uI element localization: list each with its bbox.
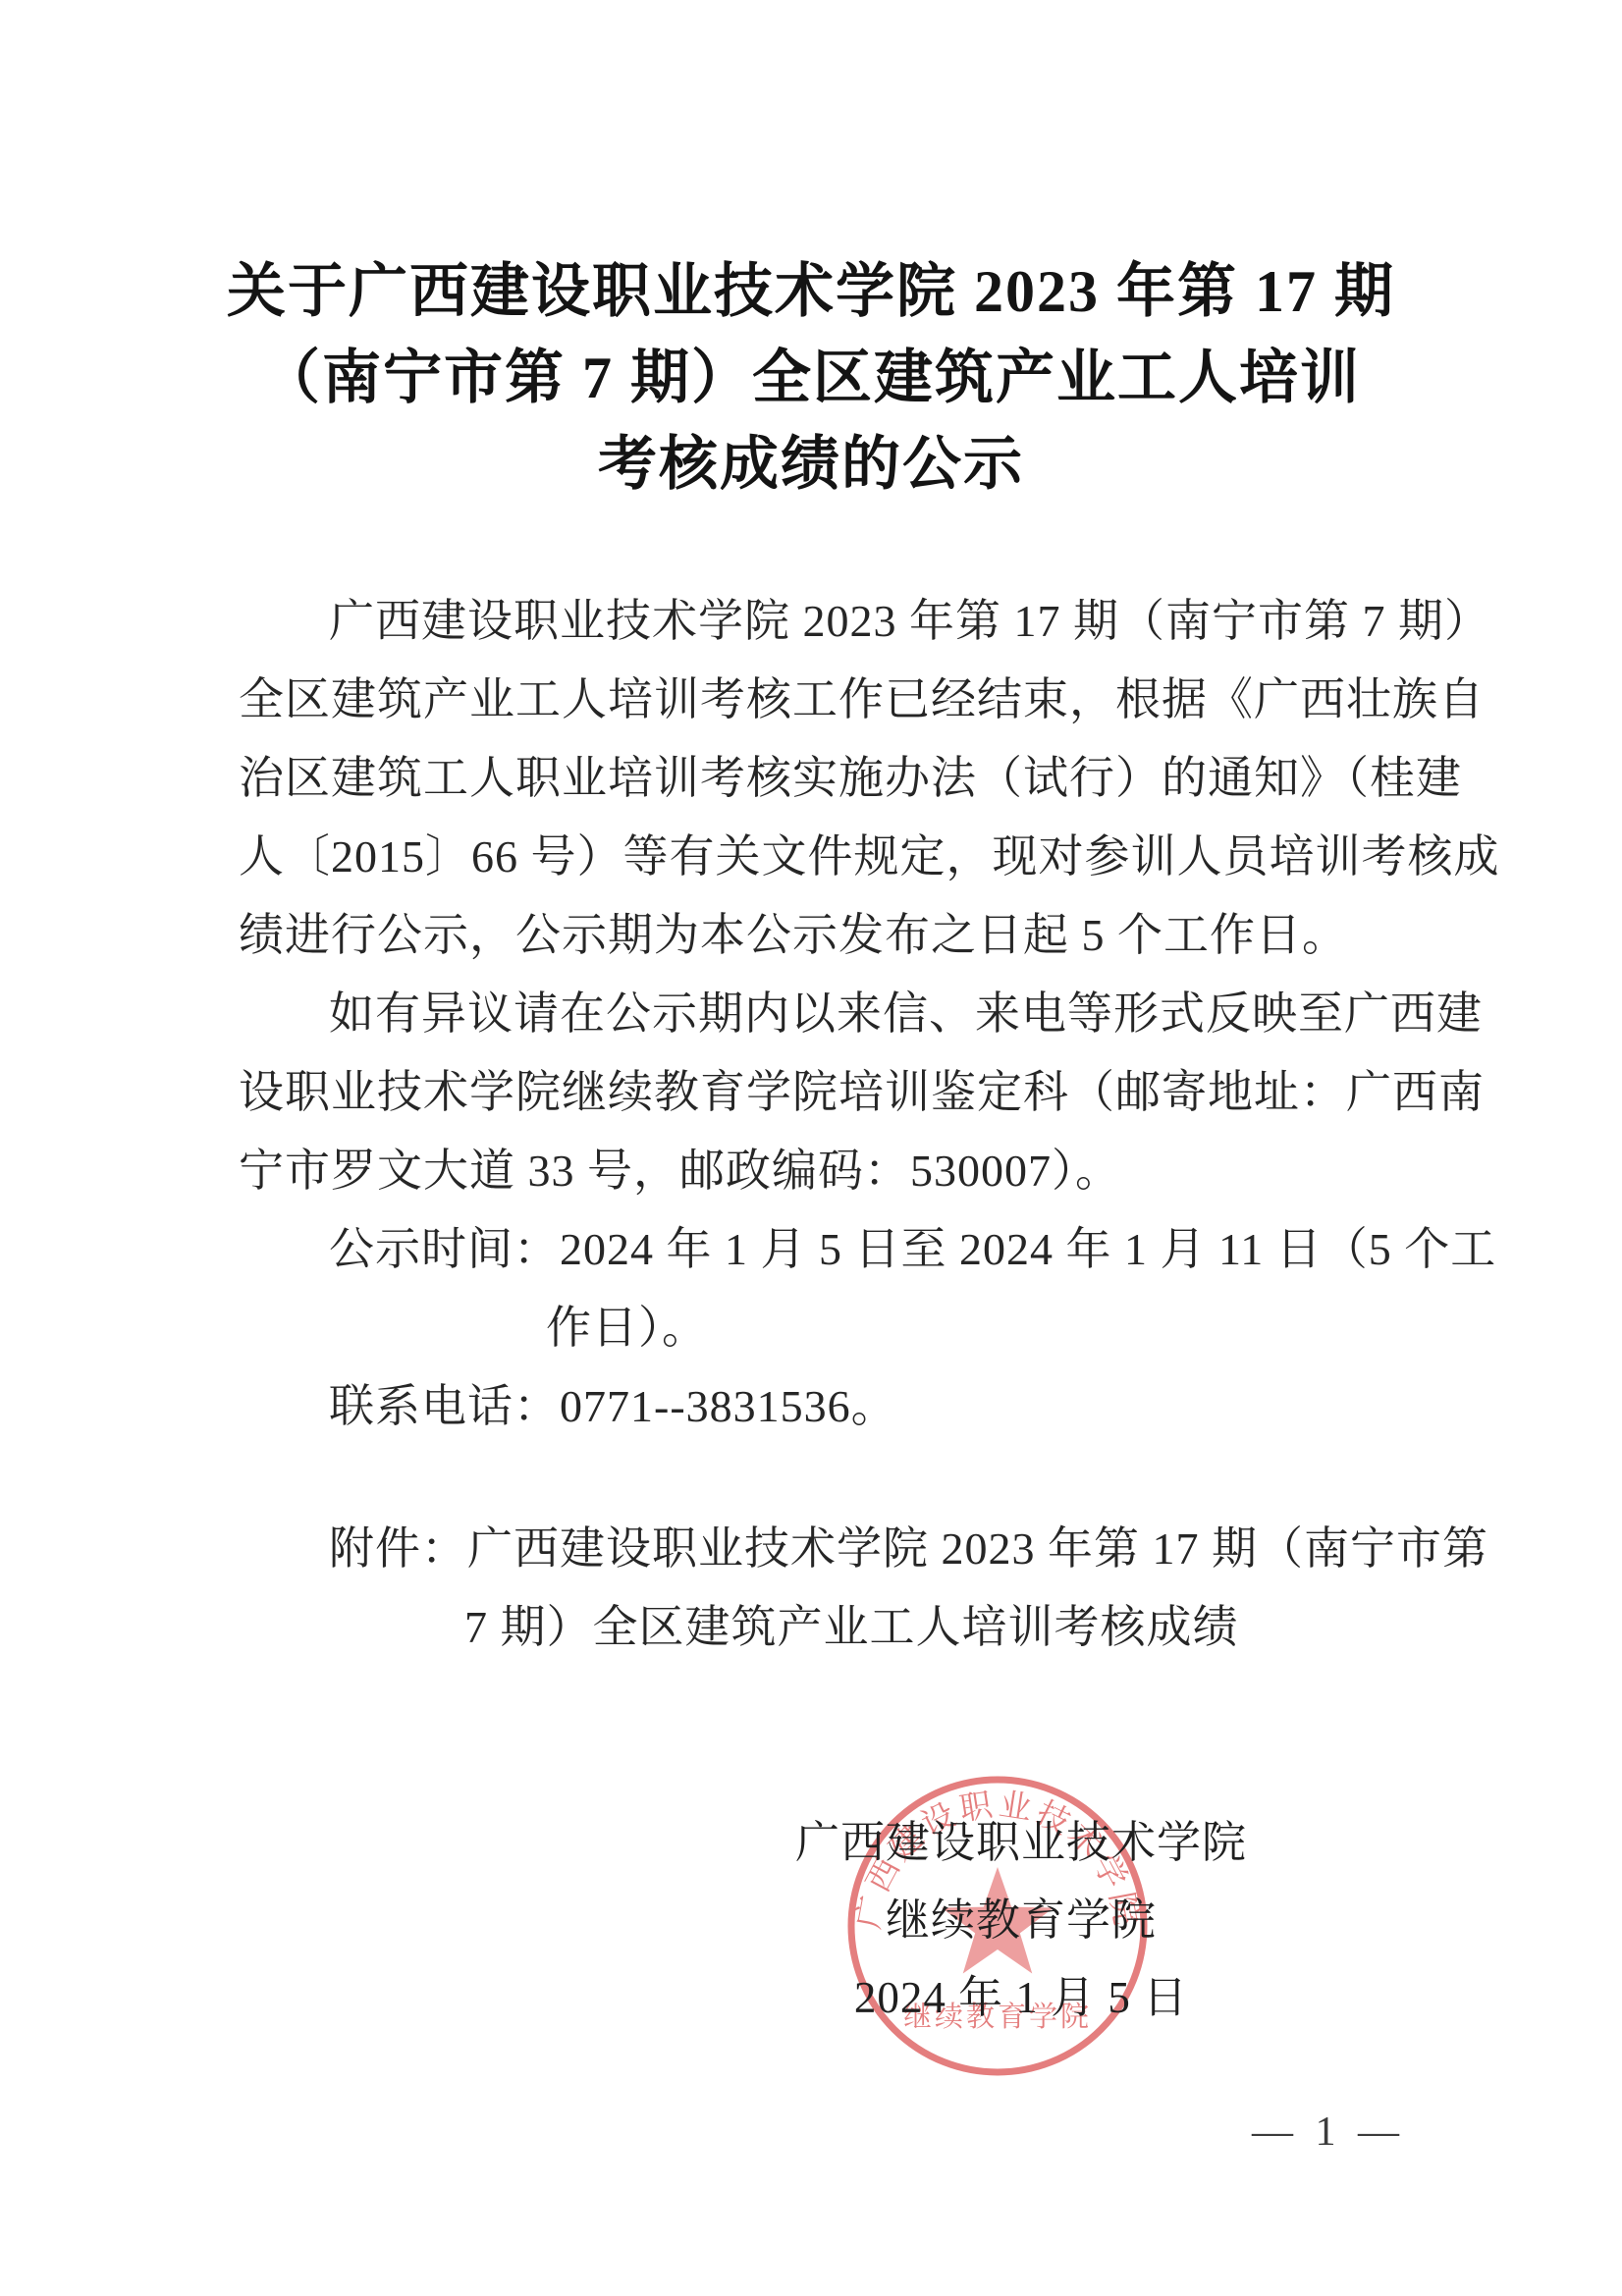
title-line-3: 考核成绩的公示	[0, 421, 1622, 507]
paragraph1-line: 全区建筑产业工人培训考核工作已经结束，根据《广西壮族自	[239, 661, 1467, 739]
page-title: 关于广西建设职业技术学院 2023 年第 17 期 （南宁市第 7 期）全区建筑…	[0, 0, 1622, 507]
signature-org-line2: 继续教育学院	[766, 1882, 1276, 1959]
signature-block: 广西建设职业技术学院 继续教育学院 2024 年 1 月 5 日	[766, 1804, 1276, 2037]
paragraph2-line: 宁市罗文大道 33 号，邮政编码：530007）。	[239, 1132, 1467, 1210]
paragraph1-line: 人〔2015〕66 号）等有关文件规定，现对参训人员培训考核成	[239, 818, 1467, 896]
document-page: 关于广西建设职业技术学院 2023 年第 17 期 （南宁市第 7 期）全区建筑…	[0, 0, 1622, 2296]
paragraph1-line: 广西建设职业技术学院 2023 年第 17 期（南宁市第 7 期）	[239, 582, 1467, 661]
attachment-line: 附件：广西建设职业技术学院 2023 年第 17 期（南宁市第	[239, 1510, 1467, 1588]
title-line-1: 关于广西建设职业技术学院 2023 年第 17 期	[0, 248, 1622, 335]
paragraph1-line: 绩进行公示，公示期为本公示发布之日起 5 个工作日。	[239, 896, 1467, 975]
publicity-period-line: 公示时间：2024 年 1 月 5 日至 2024 年 1 月 11 日（5 个…	[239, 1210, 1467, 1289]
contact-phone-line: 联系电话：0771--3831536。	[239, 1367, 1467, 1446]
title-line-2: （南宁市第 7 期）全区建筑产业工人培训	[0, 335, 1622, 421]
publicity-period-line: 作日）。	[239, 1289, 1467, 1367]
attachment-line: 7 期）全区建筑产业工人培训考核成绩	[239, 1588, 1467, 1667]
signature-date: 2024 年 1 月 5 日	[766, 1959, 1276, 2037]
paragraph2-line: 设职业技术学院继续教育学院培训鉴定科（邮寄地址：广西南	[239, 1053, 1467, 1132]
document-body: 广西建设职业技术学院 2023 年第 17 期（南宁市第 7 期） 全区建筑产业…	[239, 582, 1467, 1446]
page-number: — 1 —	[1245, 2109, 1412, 2156]
attachment-note: 附件：广西建设职业技术学院 2023 年第 17 期（南宁市第 7 期）全区建筑…	[239, 1510, 1467, 1667]
paragraph2-line: 如有异议请在公示期内以来信、来电等形式反映至广西建	[239, 975, 1467, 1053]
paragraph1-line: 治区建筑工人职业培训考核实施办法（试行）的通知》（桂建	[239, 739, 1467, 818]
signature-org-line1: 广西建设职业技术学院	[766, 1804, 1276, 1882]
